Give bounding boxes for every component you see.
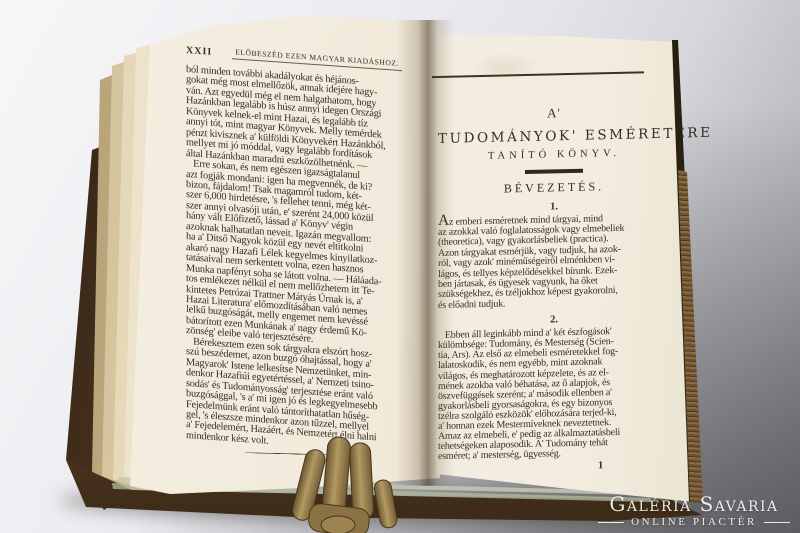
watermark-dash-right <box>764 522 790 523</box>
book-title-line2: TANÍTÓ KÖNYV. <box>438 147 670 163</box>
pinky-finger <box>373 479 398 529</box>
left-page-number: XXII <box>186 45 212 58</box>
watermark-title: Galéria Savaria <box>598 493 790 515</box>
paragraph-1: Az emberi esméretnek mind tárgyai, mind … <box>438 212 670 311</box>
wrist-ring <box>321 516 355 533</box>
title-divider-rule <box>525 169 583 174</box>
paragraph-2: Ebben áll leginkább mind a' két észfogás… <box>438 326 670 462</box>
right-page-number: 1 <box>598 459 670 472</box>
watermark-subtitle: Online Piactér <box>631 516 757 528</box>
book-title-line1: TUDOMÁNYOK' ESMÉRETÉRE <box>438 126 670 147</box>
right-page-text-block: A' TUDOMÁNYOK' ESMÉRETÉRE TANÍTÓ KÖNYV. … <box>438 29 670 476</box>
watermark-subtitle-row: Online Piactér <box>598 516 790 528</box>
half-title-article: A' <box>438 103 670 124</box>
gutter-shadow <box>396 20 454 486</box>
book-photo-scene: XXII ELŐBESZÉD EZEN MAGYAR KIADÁSHOZ. bó… <box>0 0 800 533</box>
brass-hand-figurine <box>291 436 417 533</box>
top-rule <box>432 71 644 78</box>
section-heading: BÉVEZETÉS. <box>438 177 670 197</box>
watermark: Galéria Savaria Online Piactér <box>598 493 790 528</box>
watermark-dash-left <box>598 522 624 523</box>
